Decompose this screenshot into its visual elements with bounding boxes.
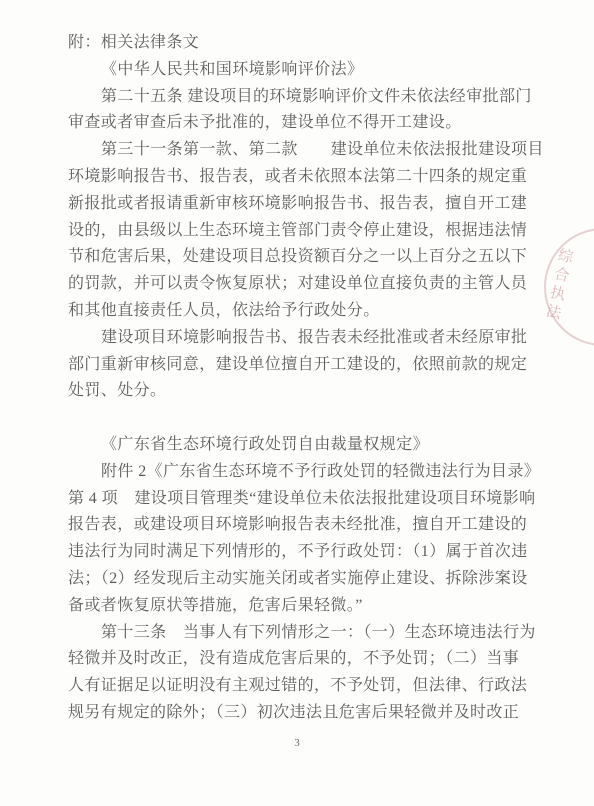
document-line: 附件 2《广东省生态环境不予行政处罚的轻微违法行为目录》 [68, 459, 574, 486]
document-line: 环境影响报告书、报告表，或者未依照本法第二十四条的规定重 [68, 164, 574, 191]
document-line: 第 4 项 建设项目管理类“建设单位未依法报批建设项目环境影响 [68, 486, 574, 513]
blank-line [68, 405, 574, 432]
document-line: 设的，由县级以上生态环境主管部门责令停止建设，根据违法情 [68, 218, 574, 245]
document-line: 法；（2）经发现后主动实施关闭或者实施停止建设、拆除涉案设 [68, 566, 574, 593]
regulation-title: 《广东省生态环境行政处罚自由裁量权规定》 [68, 432, 574, 459]
document-line: 的罚款，并可以责令恢复原状；对建设单位直接负责的主管人员 [68, 271, 574, 298]
document-line: 规另有规定的除外；（三）初次违法且危害后果轻微并及时改正 [68, 700, 574, 727]
document-line: 新报批或者报请重新审核环境影响报告书、报告表，擅自开工建 [68, 191, 574, 218]
scanned-document-page: 附：相关法律条文 《中华人民共和国环境影响评价法》 第二十五条 建设项目的环境影… [0, 0, 594, 806]
document-line: 第十三条 当事人有下列情形之一：（一）生态环境违法行为 [68, 620, 574, 647]
document-line: 建设项目环境影响报告书、报告表未经批准或者未经原审批 [68, 325, 574, 352]
document-line: 和其他直接责任人员，依法给予行政处分。 [68, 298, 574, 325]
attachment-heading: 附：相关法律条文 [68, 30, 574, 57]
law-title: 《中华人民共和国环境影响评价法》 [68, 57, 574, 84]
document-line: 报告表，或建设项目环境影响报告表未经批准，擅自开工建设的 [68, 512, 574, 539]
document-line: 第三十一条第一款、第二款 建设单位未依法报批建设项目 [68, 137, 574, 164]
document-line: 节和危害后果，处建设项目总投资额百分之一以上百分之五以下 [68, 244, 574, 271]
document-line: 轻微并及时改正，没有造成危害后果的，不予处罚；（二）当事 [68, 646, 574, 673]
document-line: 部门重新审核同意，建设单位擅自开工建设的，依照前款的规定 [68, 352, 574, 379]
document-line: 人有证据足以证明没有主观过错的，不予处罚，但法律、行政法 [68, 673, 574, 700]
document-line: 第二十五条 建设项目的环境影响评价文件未依法经审批部门 [68, 84, 574, 111]
document-body: 附：相关法律条文 《中华人民共和国环境影响评价法》 第二十五条 建设项目的环境影… [68, 30, 574, 727]
document-line: 处罚、处分。 [68, 378, 574, 405]
document-line: 审查或者审查后未予批准的，建设单位不得开工建设。 [68, 110, 574, 137]
document-line: 备或者恢复原状等措施，危害后果轻微。” [68, 593, 574, 620]
page-number: 3 [0, 737, 594, 749]
document-line: 违法行为同时满足下列情形的，不予行政处罚：（1）属于首次违 [68, 539, 574, 566]
